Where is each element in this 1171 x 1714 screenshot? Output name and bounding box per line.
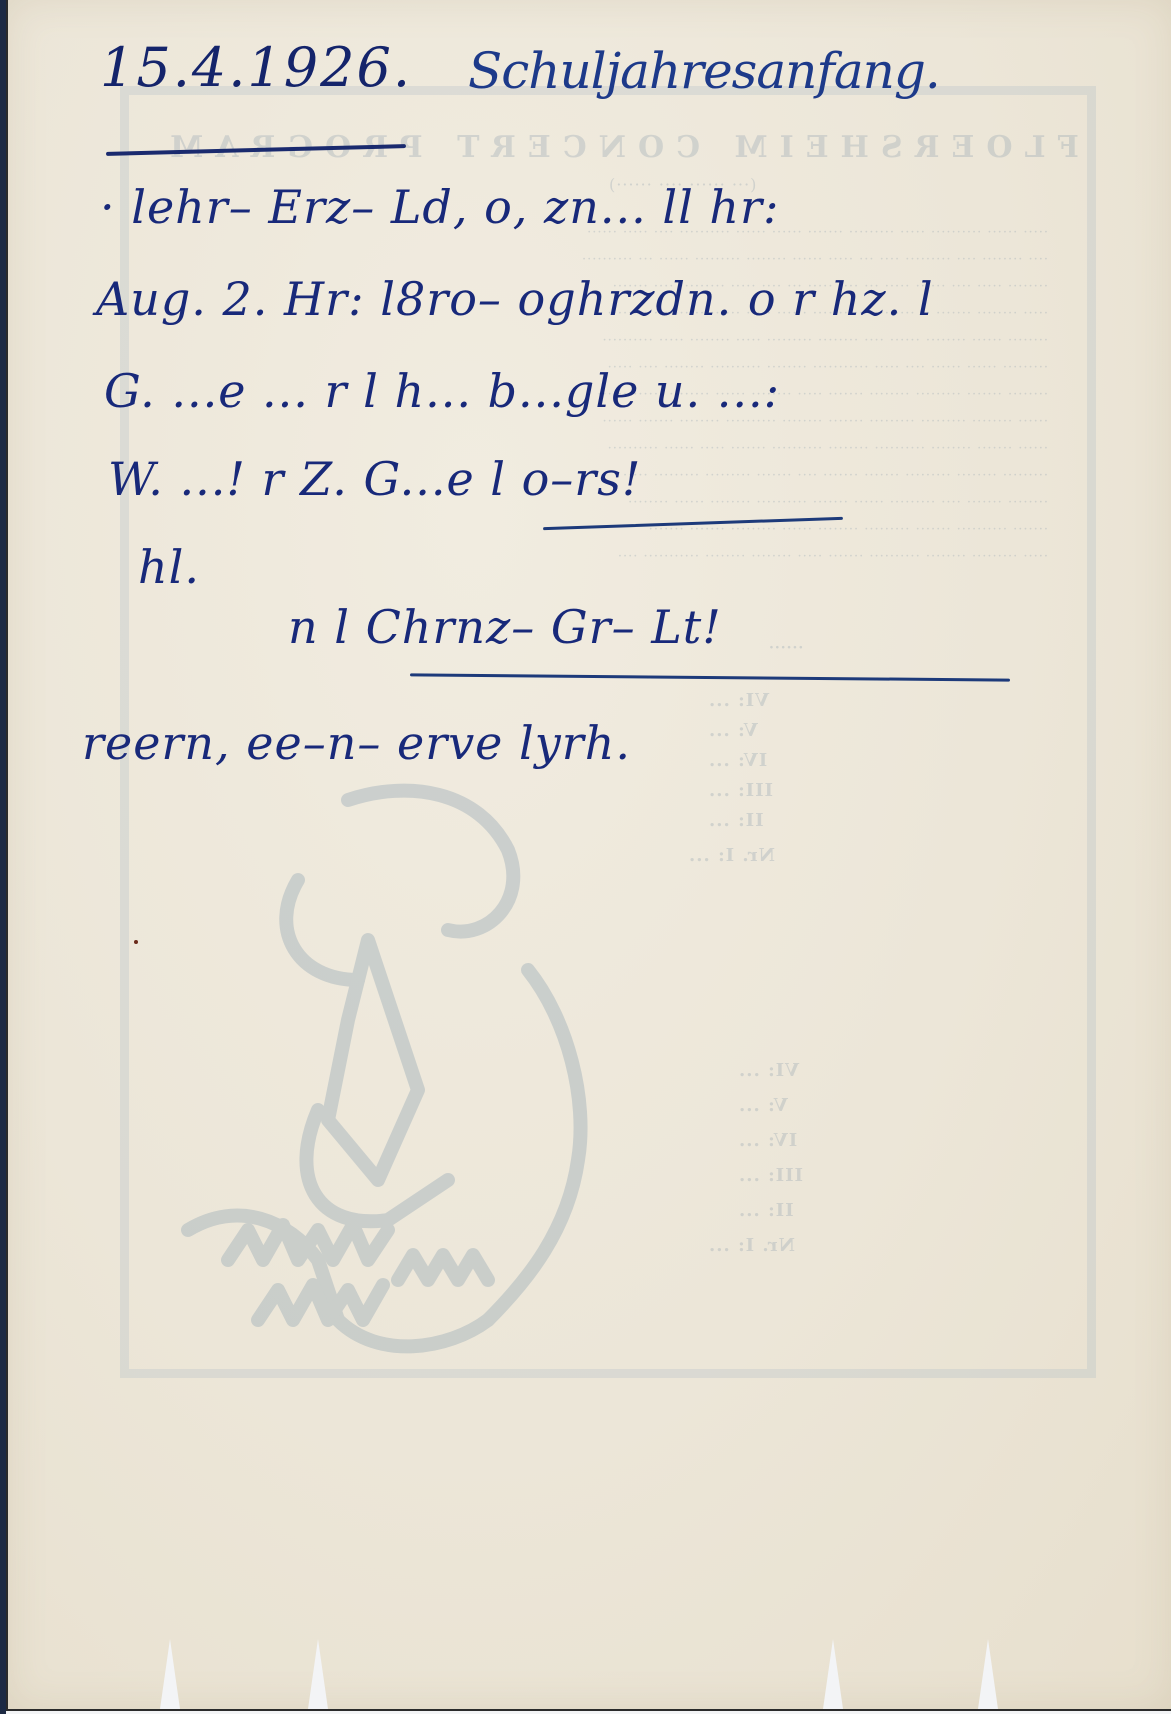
ghost-program-item: II: ... bbox=[738, 1200, 794, 1221]
ghost-program-item: ······ bbox=[768, 640, 803, 656]
shorthand-line-4: W. ...! r Z. G...e l o–rs! bbox=[108, 452, 641, 506]
ghost-program-item: VI: ... bbox=[738, 1060, 799, 1081]
heading: Schuljahresanfang. bbox=[468, 42, 940, 100]
shorthand-line-1: · lehr– Erz– Ld, o, zn... ll hr: bbox=[100, 180, 780, 234]
ghost-paragraph-line: ···· ········ ···· ········· ···· ··· ··… bbox=[148, 252, 1048, 267]
ghost-program-item: IV: ... bbox=[738, 1130, 797, 1151]
date: 15.4.1926. bbox=[100, 36, 412, 99]
perforation-notch bbox=[978, 1639, 998, 1709]
ghost-illustration bbox=[148, 760, 668, 1380]
ghost-program-item: Nr. I: ... bbox=[708, 1235, 795, 1256]
ghost-paragraph-line: ········ ······ ········ ······ ···· ···… bbox=[148, 333, 1048, 348]
shorthand-line-2: Aug. 2. Hr: l8ro– oghrzdn. o r hz. l bbox=[96, 272, 934, 326]
shorthand-line-5: hl. bbox=[138, 540, 200, 594]
shorthand-line-3: G. ...e ... r l h... b...gle u. ...: bbox=[104, 364, 780, 418]
ghost-program-item: III: ... bbox=[738, 1165, 803, 1186]
ghost-paragraph-line: ······· ·········· ······· ········· ···… bbox=[148, 522, 1048, 537]
perforation-notch bbox=[823, 1639, 843, 1709]
ghost-program-item: IV: ... bbox=[708, 750, 767, 771]
ghost-program-item: II: ... bbox=[708, 810, 764, 831]
perforation-notch bbox=[308, 1639, 328, 1709]
ghost-program-item: III: ... bbox=[708, 780, 773, 801]
paper-sheet: FLOERSHEIM CONCERT PROGRAM (··· ······ ·… bbox=[6, 0, 1171, 1711]
shorthand-line-6: n l Chrnz– Gr– Lt! bbox=[288, 600, 722, 654]
shorthand-line-7: reern, ee–n– erve lyrh. bbox=[82, 716, 631, 770]
ghost-program-item: Nr. I: ... bbox=[688, 845, 775, 866]
ghost-program-item: V: ... bbox=[708, 720, 758, 741]
ghost-program-item: VI: ... bbox=[708, 690, 769, 711]
perforation-notch bbox=[160, 1639, 180, 1709]
ghost-program-item: V: ... bbox=[738, 1095, 788, 1116]
paper-speck bbox=[134, 940, 138, 944]
ghost-paragraph-line: ····· ········· ········ ·········· ····… bbox=[148, 549, 1048, 564]
